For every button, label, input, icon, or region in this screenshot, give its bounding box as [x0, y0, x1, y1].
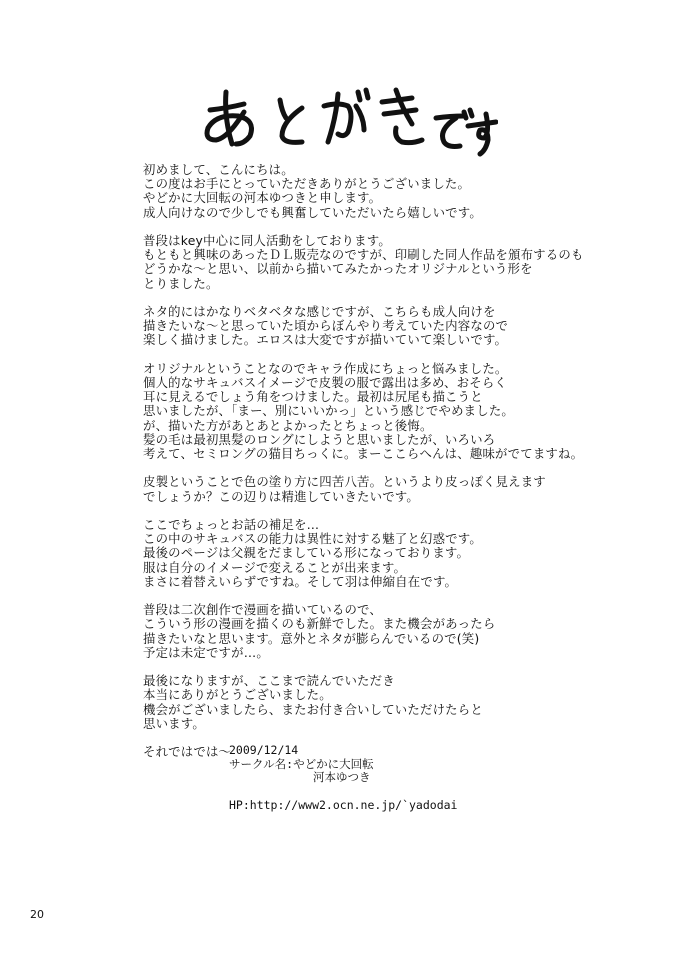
text-line: 機会がございましたら、またお付き合いしていただけたらと: [143, 703, 563, 717]
handwritten-title-graphic: [198, 78, 498, 158]
colophon: 2009/12/14 サークル名:やどかに大回転 河本ゆつき HP:http:/…: [229, 744, 457, 812]
colophon-author: 河本ゆつき: [229, 771, 457, 785]
text-line: 最後になりますが、ここまで読んでいただき: [143, 674, 563, 688]
paragraph-greeting: 初めまして、こんにちは。 この度はお手にとっていただきありがとうございました。 …: [143, 163, 563, 220]
text-line: が、描いた方があとあとよかったとちょっと後悔。: [143, 419, 563, 433]
text-line: 考えて、セミロングの猫目ちっくに。まーここらへんは、趣味がでてますね。: [143, 447, 563, 461]
paragraph-future: 普段は二次創作で漫画を描いているので、 こういう形の漫画を描くのも新鮮でした。ま…: [143, 603, 563, 660]
text-line: 髪の毛は最初黒髪のロングにしようと思いましたが、いろいろ: [143, 433, 563, 447]
text-line: ここでちょっとお話の補足を…: [143, 518, 563, 532]
paragraph-thanks: 最後になりますが、ここまで読んでいただき 本当にありがとうございました。 機会が…: [143, 674, 563, 731]
text-line: でしょうか？この辺りは精進していきたいです。: [143, 490, 563, 504]
paragraph-activity: 普段はkey中心に同人活動をしております。 もともと興味のあったＤＬ販売なのです…: [143, 234, 563, 291]
paragraph-character: オリジナルということなのでキャラ作成にちょっと悩みました。 個人的なサキュバスイ…: [143, 362, 563, 461]
text-line: こういう形の漫画を描くのも新鮮でした。また機会があったら: [143, 617, 563, 631]
text-line: ネタ的にはかなりベタベタな感じですが、こちらも成人向けを: [143, 305, 563, 319]
text-line: まさに着替えいらずですね。そして羽は伸縮自在です。: [143, 575, 563, 589]
text-line: 普段は二次創作で漫画を描いているので、: [143, 603, 563, 617]
text-line: 思いましたが、「まー、別にいいかっ」という感じでやめました。: [143, 404, 563, 418]
text-line: 服は自分のイメージで変えることが出来ます。: [143, 561, 563, 575]
text-line: この中のサキュバスの能力は異性に対する魅了と幻惑です。: [143, 532, 563, 546]
paragraph-coloring: 皮製ということで色の塗り方に四苦八苦。というより皮っぽく見えます でしょうか？こ…: [143, 475, 563, 503]
colophon-homepage: HP:http://www2.ocn.ne.jp/`yadodai: [229, 799, 457, 813]
text-line: 成人向けなので少しでも興奮していただいたら嬉しいです。: [143, 206, 563, 220]
text-line: とりました。: [143, 277, 563, 291]
text-line: やどかに大回転の河本ゆつきと申します。: [143, 191, 563, 205]
text-line: この度はお手にとっていただきありがとうございました。: [143, 177, 563, 191]
text-line: 最後のページは父親をだましている形になっております。: [143, 546, 563, 560]
text-line: 個人的なサキュバスイメージで皮製の服で露出は多め、おそらく: [143, 376, 563, 390]
text-line: もともと興味のあったＤＬ販売なのですが、印刷した同人作品を頒布するのも: [143, 248, 563, 262]
colophon-circle: サークル名:やどかに大回転: [229, 758, 457, 772]
text-line: 描きたいな～と思っていた頃からぼんやり考えていた内容なので: [143, 319, 563, 333]
text-line: 初めまして、こんにちは。: [143, 163, 563, 177]
text-line: 皮製ということで色の塗り方に四苦八苦。というより皮っぽく見えます: [143, 475, 563, 489]
text-line: 普段はkey中心に同人活動をしております。: [143, 234, 563, 248]
afterword-title: あとがきです: [198, 78, 498, 158]
text-line: 予定は未定ですが…。: [143, 646, 563, 660]
text-line: 思います。: [143, 717, 563, 731]
text-line: 耳に見えるでしょう角をつけました。最初は尻尾も描こうと: [143, 390, 563, 404]
paragraph-story: ネタ的にはかなりベタベタな感じですが、こちらも成人向けを 描きたいな～と思ってい…: [143, 305, 563, 348]
colophon-date: 2009/12/14: [229, 744, 457, 758]
text-line: 描きたいなと思います。意外とネタが膨らんでいるので(笑): [143, 632, 563, 646]
paragraph-supplement: ここでちょっとお話の補足を… この中のサキュバスの能力は異性に対する魅了と幻惑で…: [143, 518, 563, 589]
page-number: 20: [30, 908, 44, 921]
text-line: オリジナルということなのでキャラ作成にちょっと悩みました。: [143, 362, 563, 376]
text-line: 本当にありがとうございました。: [143, 688, 563, 702]
afterword-body: 初めまして、こんにちは。 この度はお手にとっていただきありがとうございました。 …: [143, 163, 563, 774]
text-line: 楽しく描けました。エロスは大変ですが描いていて楽しいです。: [143, 333, 563, 347]
text-line: どうかな～と思い、以前から描いてみたかったオリジナルという形を: [143, 262, 563, 276]
